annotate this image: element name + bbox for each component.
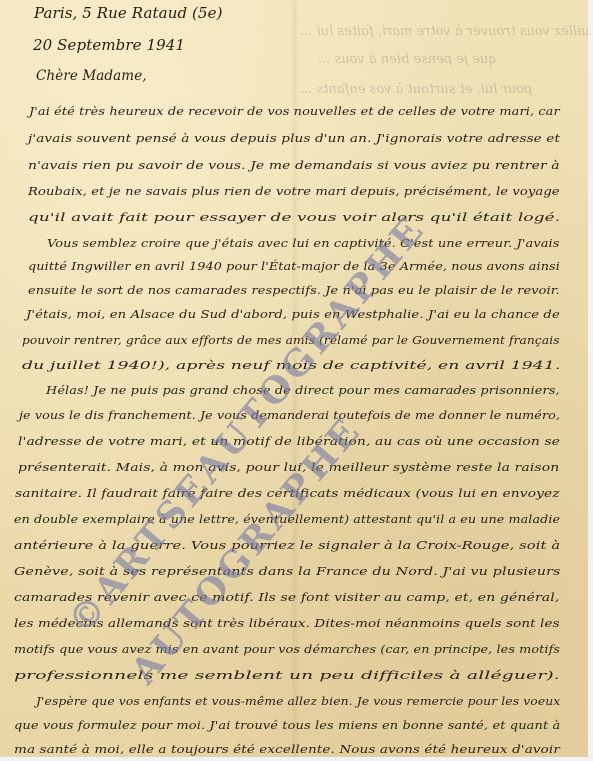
letter-line: je vous le dis franchement. Je vous dema…: [19, 408, 560, 422]
letter-salutation: Chère Madame,: [36, 68, 147, 84]
letter-line: ensuite le sort de nos camarades respect…: [28, 283, 560, 297]
letter-line: J'espère que vos enfants et vous-même al…: [36, 694, 560, 708]
bleed-through-text: que je pense bien à vous ...: [318, 52, 497, 67]
letter-line: que vous formulez pour moi. J'ai trouvé …: [14, 718, 560, 732]
letter-line: professionnels me semblent un peu diffic…: [14, 668, 560, 682]
letter-address: Paris, 5 Rue Rataud (5e): [34, 4, 223, 22]
letter-line: l'adresse de votre mari, et un motif de …: [18, 434, 560, 448]
bleed-through-text: Veuillez vous trouver à votre mari, fait…: [300, 24, 588, 39]
letter-line: Roubaix, et je ne savais plus rien de vo…: [28, 184, 560, 198]
letter-line: j'avais souvent pensé à vous depuis plus…: [28, 131, 560, 145]
letter-line: antérieure à la guerre. Vous pourriez le…: [14, 538, 560, 552]
letter-line: J'ai été très heureux de recevoir de vos…: [29, 104, 560, 118]
letter-line: quitté Ingwiller en avril 1940 pour l'Ét…: [28, 259, 560, 273]
letter-paper: Veuillez vous trouver à votre mari, fait…: [0, 0, 588, 757]
letter-date: 20 Septembre 1941: [33, 36, 185, 54]
letter-line: ma santé à moi, elle a toujours été exce…: [14, 742, 560, 756]
letter-line: n'avais rien pu savoir de vous. Je me de…: [28, 158, 560, 172]
bleed-through-text: pour lui, et surtout à vos enfants ...: [300, 82, 532, 97]
letter-line: qu'il avait fait pour essayer de vous vo…: [28, 210, 560, 224]
letter-line: motifs que vous avez mis en avant pour v…: [14, 642, 560, 656]
letter-line: Vous semblez croire que j'étais avec lui…: [47, 236, 560, 250]
letter-line: J'étais, moi, en Alsace du Sud d'abord, …: [26, 307, 560, 321]
